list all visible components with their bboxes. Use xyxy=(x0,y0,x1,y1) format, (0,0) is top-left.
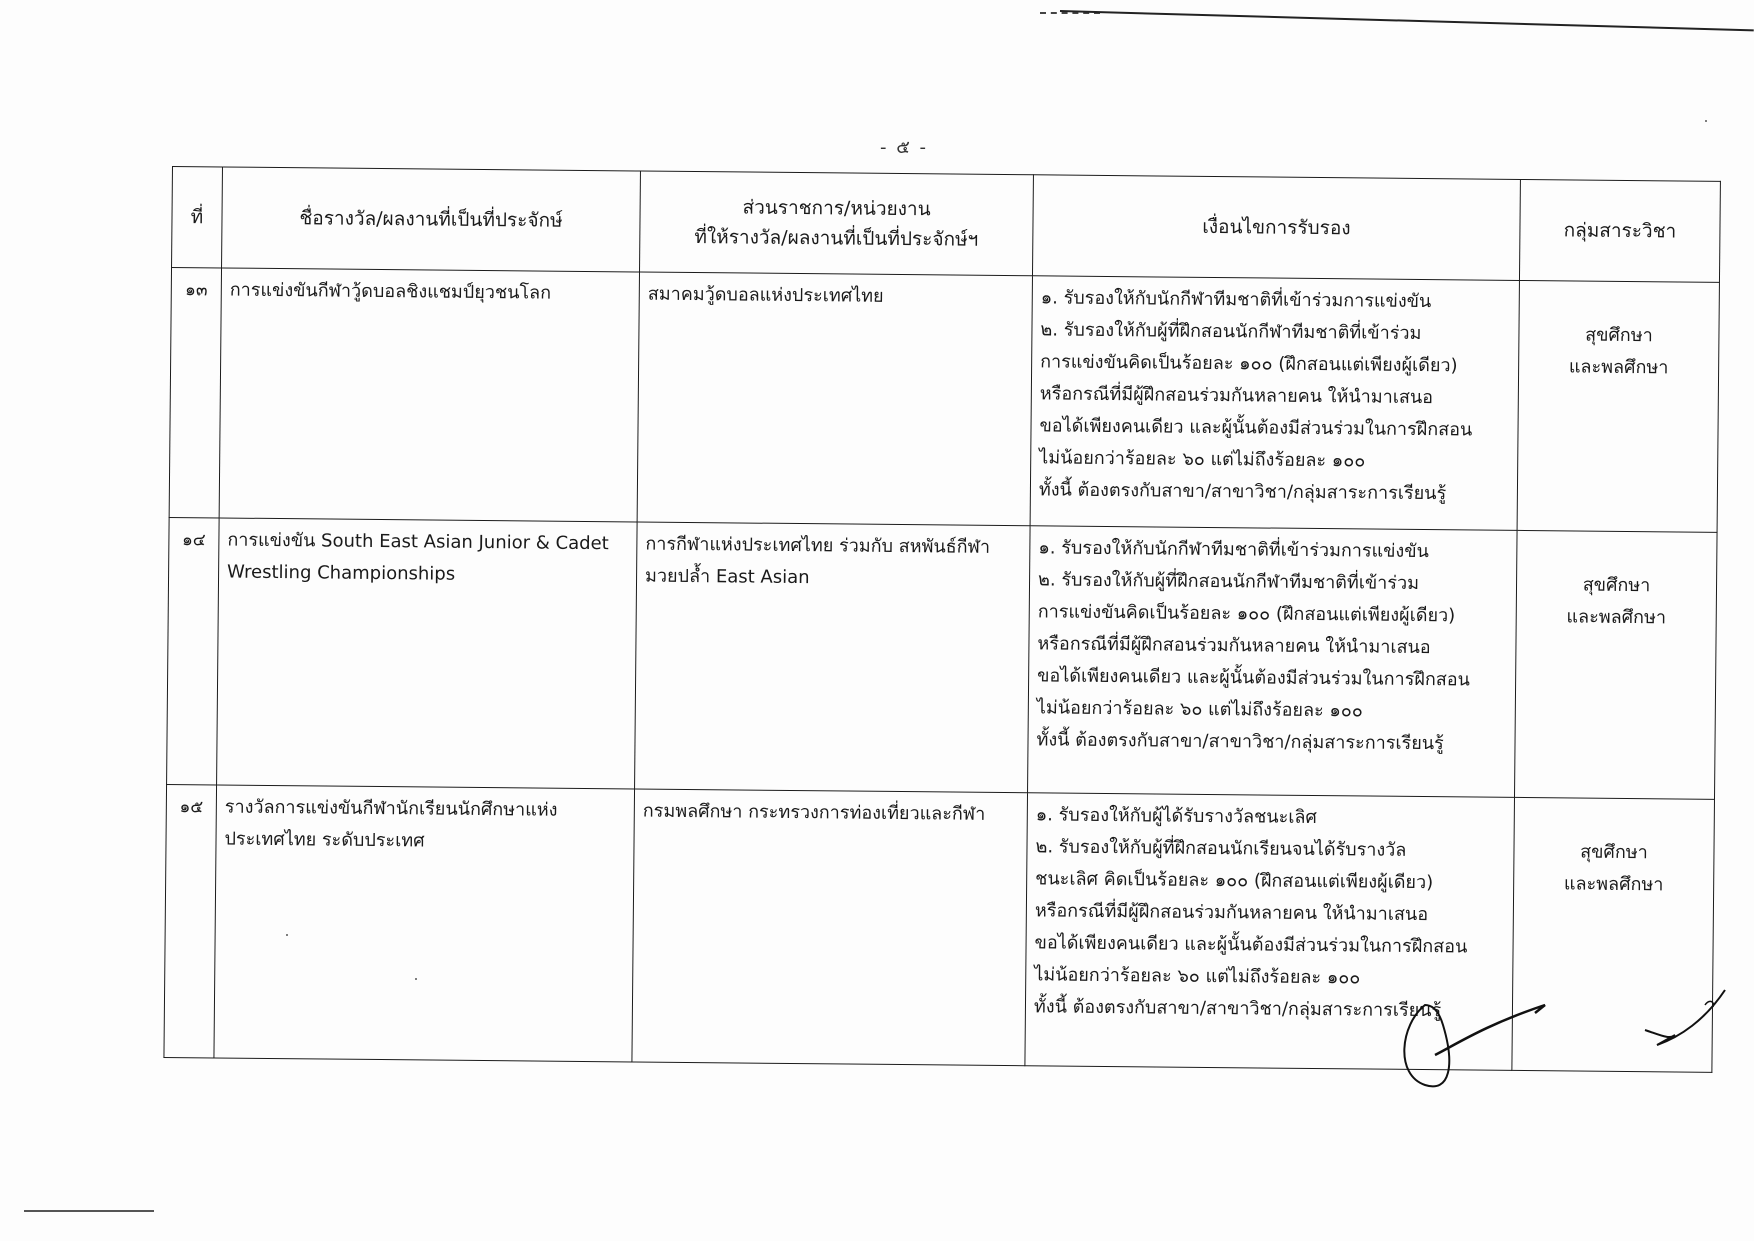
bottom-scan-rule xyxy=(24,1210,154,1212)
condition-line: ทั้งนี้ ต้องตรงกับสาขา/สาขาวิชา/กลุ่มสาร… xyxy=(1039,474,1509,511)
scan-speck xyxy=(1705,120,1707,122)
condition-line: ๑. รับรองให้กับนักกีฬาทีมชาติที่เข้าร่วม… xyxy=(1038,532,1508,569)
subject-group-line2: และพลศึกษา xyxy=(1566,606,1666,628)
organization: สมาคมวู้ดบอลแห่งประเทศไทย xyxy=(637,272,1032,526)
row-number: ๑๓ xyxy=(169,268,221,518)
subject-group: สุขศึกษา และพลศึกษา xyxy=(1517,280,1719,532)
header-organization-line2: ที่ให้รางวัล/ผลงานที่เป็นที่ประจักษ์ฯ xyxy=(694,226,978,251)
header-award-name: ชื่อรางวัล/ผลงานที่เป็นที่ประจักษ์ xyxy=(222,167,641,272)
condition-line: ๒. รับรองให้กับผู้ที่ฝึกสอนนักกีฬาทีมชาต… xyxy=(1038,564,1508,601)
condition-line: ๒. รับรองให้กับผู้ที่ฝึกสอนนักเรียนจนได้… xyxy=(1035,831,1505,868)
condition-line: ๒. รับรองให้กับผู้ที่ฝึกสอนนักกีฬาทีมชาต… xyxy=(1040,314,1510,351)
award-name: การแข่งขัน South East Asian Junior & Cad… xyxy=(217,518,638,789)
condition-line: ไม่น้อยกว่าร้อยละ ๖๐ แต่ไม่ถึงร้อยละ ๑๐๐ xyxy=(1037,692,1507,729)
header-organization-line1: ส่วนราชการ/หน่วยงาน xyxy=(742,196,930,220)
header-subject-group: กลุ่มสาระวิชา xyxy=(1519,179,1720,282)
conditions: ๑. รับรองให้กับนักกีฬาทีมชาติที่เข้าร่วม… xyxy=(1028,526,1518,798)
table-row: ๑๔ การแข่งขัน South East Asian Junior & … xyxy=(167,517,1717,799)
table-row: ๑๓ การแข่งขันกีฬาวู้ดบอลชิงแชมป์ยุวชนโลก… xyxy=(169,268,1719,533)
header-organization: ส่วนราชการ/หน่วยงาน ที่ให้รางวัล/ผลงานที… xyxy=(640,171,1034,276)
condition-line: ๑. รับรองให้กับผู้ได้รับรางวัลชนะเลิศ xyxy=(1036,799,1506,836)
subject-group-line2: และพลศึกษา xyxy=(1569,356,1669,378)
organization: กรมพลศึกษา กระทรวงการท่องเที่ยวและกีฬา xyxy=(632,789,1028,1066)
table-header-row: ที่ ชื่อรางวัล/ผลงานที่เป็นที่ประจักษ์ ส… xyxy=(172,167,1721,283)
organization: การกีฬาแห่งประเทศไทย ร่วมกับ สหพันธ์กีฬา… xyxy=(635,522,1031,793)
conditions: ๑. รับรองให้กับนักกีฬาทีมชาติที่เข้าร่วม… xyxy=(1030,276,1519,531)
subject-group-line1: สุขศึกษา xyxy=(1585,325,1653,347)
condition-line: การแข่งขันคิดเป็นร้อยละ ๑๐๐ (ฝึกสอนแต่เพ… xyxy=(1040,346,1510,383)
row-number: ๑๔ xyxy=(167,517,220,784)
condition-line: หรือกรณีที่มีผู้ฝึกสอนร่วมกันหลายคน ให้น… xyxy=(1040,378,1510,415)
scan-speck xyxy=(286,934,288,936)
award-name: รางวัลการแข่งขันกีฬานักเรียนนักศึกษาแห่ง… xyxy=(214,785,635,1062)
condition-line: หรือกรณีที่มีผู้ฝึกสอนร่วมกันหลายคน ให้น… xyxy=(1037,628,1507,665)
condition-line: ชนะเลิศ คิดเป็นร้อยละ ๑๐๐ (ฝึกสอนแต่เพีย… xyxy=(1035,863,1505,900)
award-table: ที่ ชื่อรางวัล/ผลงานที่เป็นที่ประจักษ์ ส… xyxy=(163,166,1720,1073)
subject-group-line1: สุขศึกษา xyxy=(1583,575,1651,597)
condition-line: การแข่งขันคิดเป็นร้อยละ ๑๐๐ (ฝึกสอนแต่เพ… xyxy=(1038,596,1508,633)
header-no: ที่ xyxy=(172,167,223,268)
condition-line: ๑. รับรองให้กับนักกีฬาทีมชาติที่เข้าร่วม… xyxy=(1041,282,1511,319)
condition-line: ไม่น้อยกว่าร้อยละ ๖๐ แต่ไม่ถึงร้อยละ ๑๐๐ xyxy=(1039,442,1509,479)
subject-group-line1: สุขศึกษา xyxy=(1580,842,1648,864)
subject-group: สุขศึกษา และพลศึกษา xyxy=(1515,530,1718,799)
scan-speck xyxy=(415,978,417,980)
handwritten-signature-icon xyxy=(1395,985,1735,1095)
scanned-page: - ๕ - ที่ ชื่อรางวัล/ผลงานที่เป็นที่ประจ… xyxy=(0,0,1754,1241)
award-table-container: ที่ ชื่อรางวัล/ผลงานที่เป็นที่ประจักษ์ ส… xyxy=(164,166,1720,977)
page-number: - ๕ - xyxy=(880,132,928,161)
subject-group-line2: และพลศึกษา xyxy=(1564,873,1664,895)
condition-line: ขอได้เพียงคนเดียว และผู้นั้นต้องมีส่วนร่… xyxy=(1037,660,1507,697)
condition-line: หรือกรณีที่มีผู้ฝึกสอนร่วมกันหลายคน ให้น… xyxy=(1035,895,1505,932)
row-number: ๑๕ xyxy=(164,784,217,1057)
condition-line: ขอได้เพียงคนเดียว และผู้นั้นต้องมีส่วนร่… xyxy=(1039,410,1509,447)
award-name: การแข่งขันกีฬาวู้ดบอลชิงแชมป์ยุวชนโลก xyxy=(219,268,639,522)
header-conditions: เงื่อนไขการรับรอง xyxy=(1032,175,1520,281)
top-scan-rule xyxy=(1060,10,1754,31)
condition-line: ทั้งนี้ ต้องตรงกับสาขา/สาขาวิชา/กลุ่มสาร… xyxy=(1036,724,1506,761)
condition-line: ขอได้เพียงคนเดียว และผู้นั้นต้องมีส่วนร่… xyxy=(1034,927,1504,964)
